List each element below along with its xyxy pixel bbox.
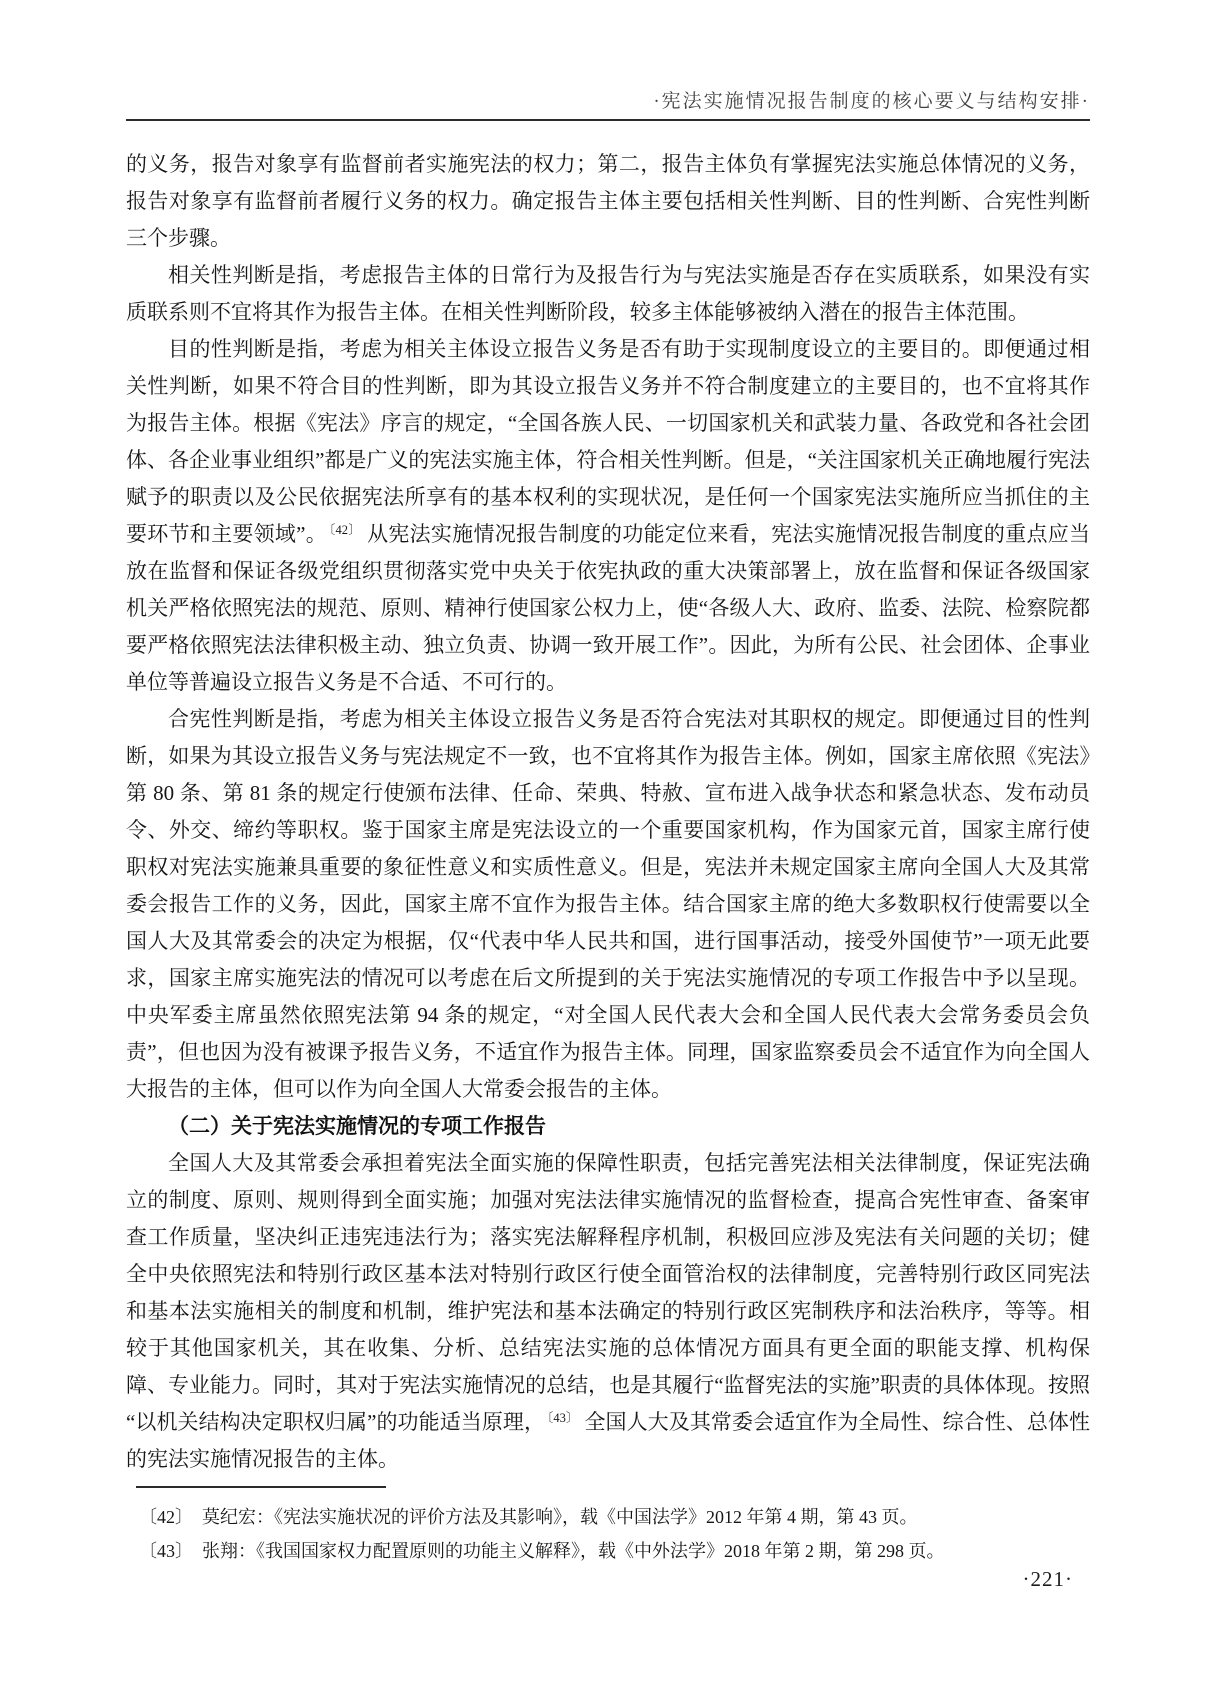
paragraph-text: 目的性判断是指，考虑为相关主体设立报告义务是否有助于实现制度设立的主要目的。即便… [126, 337, 1090, 546]
header-rule [126, 119, 1090, 121]
paragraph-purpose-judgment: 目的性判断是指，考虑为相关主体设立报告义务是否有助于实现制度设立的主要目的。即便… [126, 331, 1090, 701]
article-body: 的义务，报告对象享有监督前者实施宪法的权力；第二，报告主体负有掌握宪法实施总体情… [126, 146, 1090, 1568]
footnote-ref-43: 〔43〕 [547, 1411, 578, 1425]
paragraph-constitutionality-judgment: 合宪性判断是指，考虑为相关主体设立报告义务是否符合宪法对其职权的规定。即便通过目… [126, 701, 1090, 1108]
footnote-43-marker: 〔43〕 [139, 1541, 193, 1561]
footnote-42-text: 莫纪宏：《宪法实施状况的评价方法及其影响》，载《中国法学》2012 年第 4 期… [202, 1507, 918, 1527]
footnote-42-marker: 〔42〕 [139, 1507, 193, 1527]
section-heading: （二）关于宪法实施情况的专项工作报告 [126, 1108, 1090, 1145]
running-header-title: ·宪法实施情况报告制度的核心要义与结构安排· [126, 86, 1090, 113]
footnotes-block: 〔42〕莫纪宏：《宪法实施状况的评价方法及其影响》，载《中国法学》2012 年第… [126, 1486, 1090, 1568]
document-page: ·宪法实施情况报告制度的核心要义与结构安排· 的义务，报告对象享有监督前者实施宪… [0, 0, 1217, 1689]
paragraph-text: 全国人大及其常委会承担着宪法全面实施的保障性职责，包括完善宪法相关法律制度，保证… [126, 1151, 1090, 1434]
footnote-42: 〔42〕莫纪宏：《宪法实施状况的评价方法及其影响》，载《中国法学》2012 年第… [126, 1500, 1090, 1534]
footnote-43-text: 张翔：《我国国家权力配置原则的功能主义解释》，载《中外法学》2018 年第 2 … [202, 1541, 945, 1561]
footnote-separator-rule [136, 1486, 386, 1488]
paragraph-relevance-judgment: 相关性判断是指，考虑报告主体的日常行为及报告行为与宪法实施是否存在实质联系，如果… [126, 257, 1090, 331]
paragraph-text: 从宪法实施情况报告制度的功能定位来看，宪法实施情况报告制度的重点应当放在监督和保… [126, 522, 1090, 694]
footnote-43: 〔43〕张翔：《我国国家权力配置原则的功能主义解释》，载《中外法学》2018 年… [126, 1534, 1090, 1568]
page-number: ·221· [1023, 1567, 1074, 1592]
footnote-ref-42: 〔42〕 [329, 523, 361, 537]
paragraph-continuation: 的义务，报告对象享有监督前者实施宪法的权力；第二，报告主体负有掌握宪法实施总体情… [126, 146, 1090, 257]
paragraph-special-work-report: 全国人大及其常委会承担着宪法全面实施的保障性职责，包括完善宪法相关法律制度，保证… [126, 1145, 1090, 1478]
